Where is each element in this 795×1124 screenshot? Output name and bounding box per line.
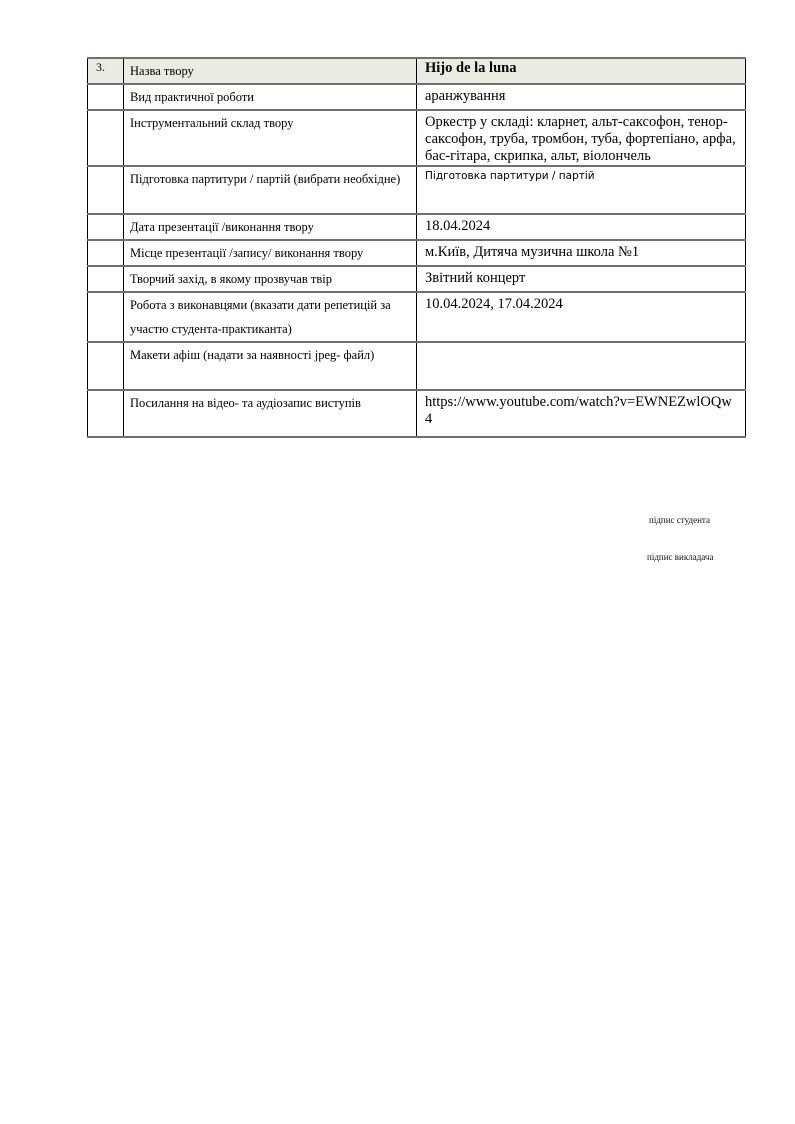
teacher-signature-label: підпис викладача [647,552,713,562]
practice-report-table: 3. Назва твору Hijo de la luna Вид практ… [87,57,746,438]
field-label: Підготовка партитури / партій (вибрати н… [124,166,417,214]
field-label: Вид практичної роботи [124,84,417,110]
empty-number-cell [88,84,124,110]
work-title-value: Hijo de la luna [417,58,746,84]
table-row-recording-link: Посилання на відео- та аудіозапис виступ… [88,390,746,437]
presentation-place-value: м.Київ, Дитяча музична школа №1 [417,240,746,266]
field-label: Назва твору [124,58,417,84]
table-row-presentation-date: Дата презентації /виконання твору 18.04.… [88,214,746,240]
empty-number-cell [88,214,124,240]
empty-number-cell [88,342,124,390]
table-row-posters: Макети афіш (надати за наявності jpeg- ф… [88,342,746,390]
field-label: Інструментальний склад твору [124,110,417,166]
empty-number-cell [88,240,124,266]
instrumentation-value: Оркестр у складі: кларнет, альт-саксофон… [417,110,746,166]
event-value: Звітний концерт [417,266,746,292]
score-preparation-value: Підготовка партитури / партій [417,166,746,214]
presentation-date-value: 18.04.2024 [417,214,746,240]
empty-number-cell [88,166,124,214]
table-row-rehearsals: Робота з виконавцями (вказати дати репет… [88,292,746,342]
table-row-work-type: Вид практичної роботи аранжування [88,84,746,110]
recording-link[interactable]: https://www.youtube.com/watch?v=EWNEZwlO… [417,390,746,437]
empty-number-cell [88,266,124,292]
field-label: Дата презентації /виконання твору [124,214,417,240]
row-number: 3. [88,58,124,84]
empty-number-cell [88,110,124,166]
work-type-value: аранжування [417,84,746,110]
empty-number-cell [88,390,124,437]
posters-value [417,342,746,390]
table-row-score-preparation: Підготовка партитури / партій (вибрати н… [88,166,746,214]
table-row-presentation-place: Місце презентації /запису/ виконання тво… [88,240,746,266]
field-label: Творчий захід, в якому прозвучав твір [124,266,417,292]
student-signature-label: підпис студента [649,515,710,525]
table-row-instrumentation: Інструментальний склад твору Оркестр у с… [88,110,746,166]
field-label: Макети афіш (надати за наявності jpeg- ф… [124,342,417,390]
field-label: Місце презентації /запису/ виконання тво… [124,240,417,266]
table-row-title: 3. Назва твору Hijo de la luna [88,58,746,84]
rehearsal-dates-value: 10.04.2024, 17.04.2024 [417,292,746,342]
empty-number-cell [88,292,124,342]
table-row-event: Творчий захід, в якому прозвучав твір Зв… [88,266,746,292]
field-label: Посилання на відео- та аудіозапис виступ… [124,390,417,437]
field-label: Робота з виконавцями (вказати дати репет… [124,292,417,342]
